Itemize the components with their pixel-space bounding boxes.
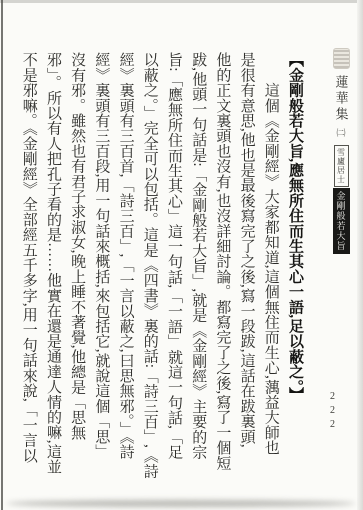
- book-page: 蓮華集 ㈡ 雪廬居士 金剛般若大旨 222 【金剛般若大旨,應無所住而生其心一語…: [0, 0, 363, 510]
- section-heading-column: 【金剛般若大旨,應無所住而生其心一語,足以蔽之。】: [283, 52, 329, 484]
- text-column: 以蔽之。」完全可以包括。這是《四書》裏的話:「詩三百」,《詩: [138, 52, 162, 484]
- text-column: 旨:「應無所住而生其心」這一句話,「一語」就這一句話,「足: [162, 52, 186, 484]
- page-edge-top: [0, 0, 363, 3]
- lecture-text: 【金剛般若大旨,應無所住而生其心一語,足以蔽之。】 這個《金剛經》大家都知道,這…: [37, 52, 329, 484]
- text-column: 不是邪嘛。《金剛經》全部經五千多字,用一句話來說,「一言以: [17, 52, 41, 484]
- running-header: 蓮華集 ㈡ 雪廬居士 金剛般若大旨: [329, 48, 353, 254]
- text-column: 是很有意思,他也是最後寫完了之後,寫一段跋,這話在跋裏頭,: [234, 52, 258, 484]
- text-column: 他的正文裏頭也沒有,也沒詳細討論。都寫完了之後,寫了一個短: [210, 52, 234, 484]
- text-column: 沒有邪。雖然也有君子求淑女,晚上睡不著覺,他總是「思無: [65, 52, 89, 484]
- text-column: 經》裏頭有三百段,用一句話來概括,來包括它,就說這個「思」: [89, 52, 113, 484]
- page-edge-shadow: [6, 500, 356, 507]
- page-edge-left: [1, 0, 3, 510]
- text-column: 這個《金剛經》大家都知道,這個無住而生心,蕅益大師也: [259, 52, 283, 484]
- author-tab: 雪廬居士: [334, 145, 349, 187]
- section-tab: 金剛般若大旨: [333, 188, 350, 254]
- text-column: 跋,他頭一句話是:「金剛般若大旨」,就是《金剛經》主要的宗: [186, 52, 210, 484]
- page-edge-right: [357, 0, 363, 510]
- text-column: 經》裏頭有三百首,「詩三百」,「一言以蔽之,曰思無邪。」《詩: [113, 52, 137, 484]
- volume-badge: ㈡: [336, 126, 345, 139]
- decorative-seal-icon: [333, 48, 350, 69]
- text-column: 邪」。所以有人把孔子看的是……他實在還是通達人情的嘛,這並: [41, 52, 65, 484]
- book-title: 蓮華集: [332, 75, 351, 123]
